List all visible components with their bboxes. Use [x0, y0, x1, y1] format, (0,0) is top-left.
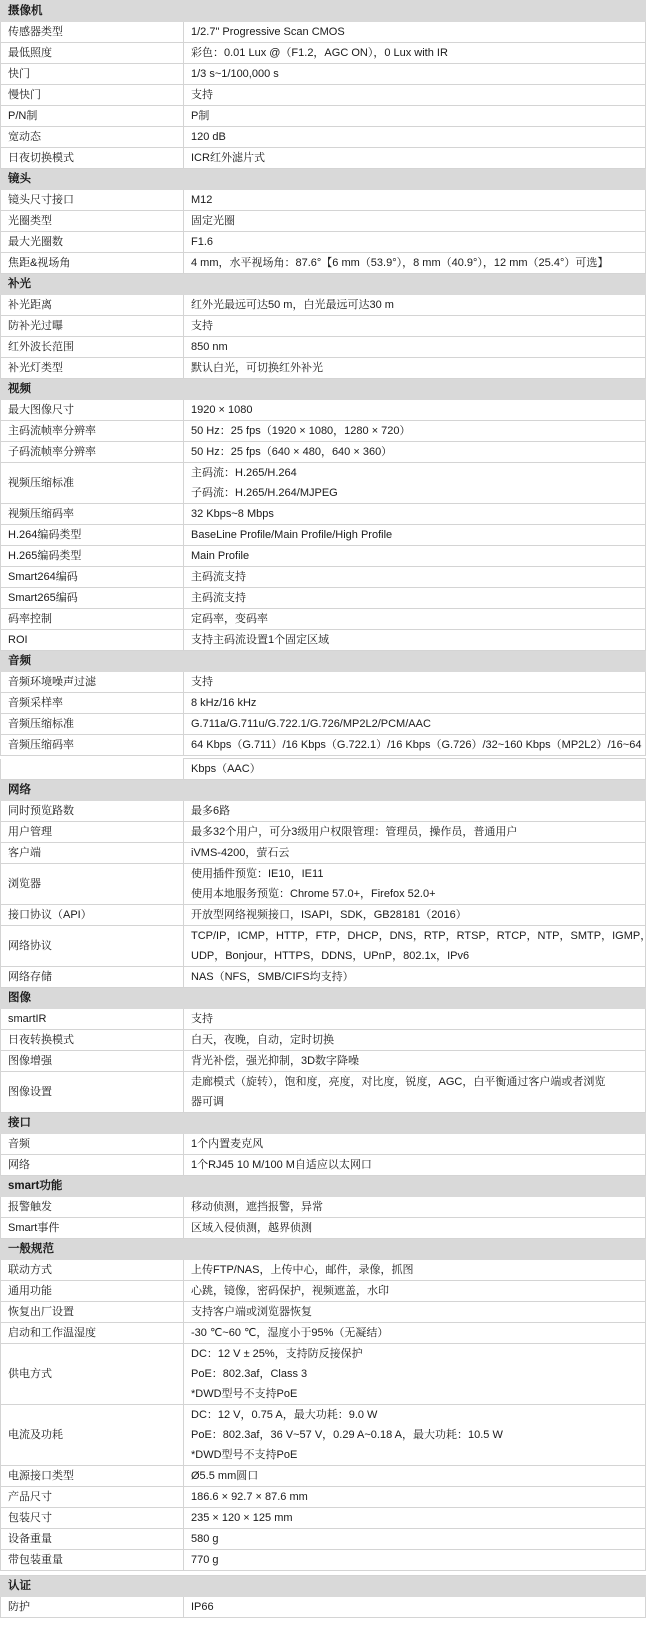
spec-value: 支持 — [184, 316, 646, 337]
section-header: 音频 — [1, 651, 646, 672]
spec-value: 32 Kbps~8 Mbps — [184, 504, 646, 525]
spec-value: TCP/IP，ICMP，HTTP，FTP，DHCP，DNS，RTP，RTSP，R… — [184, 926, 646, 967]
spec-label: 镜头尺寸接口 — [1, 190, 184, 211]
spec-label: 码率控制 — [1, 609, 184, 630]
spec-value-line: M12 — [191, 190, 645, 210]
spec-value: 移动侦测，遮挡报警，异常 — [184, 1197, 646, 1218]
spec-label: 光圈类型 — [1, 211, 184, 232]
spec-label: 最大光圈数 — [1, 232, 184, 253]
spec-value-line: 主码流：H.265/H.264 — [191, 463, 645, 483]
spec-value-line: 默认白光，可切换红外补光 — [191, 358, 645, 378]
section-title: 接口 — [1, 1113, 646, 1134]
spec-row: 恢复出厂设置支持客户端或浏览器恢复 — [1, 1302, 646, 1323]
spec-value-line: 心跳，镜像，密码保护，视频遮盖，水印 — [191, 1281, 645, 1301]
spec-value-line: PoE：802.3af，Class 3 — [191, 1364, 645, 1384]
spec-value-line: 50 Hz：25 fps（1920 × 1080，1280 × 720） — [191, 421, 645, 441]
spec-value-line: *DWD型号不支持PoE — [191, 1384, 645, 1404]
spec-row: 视频压缩码率32 Kbps~8 Mbps — [1, 504, 646, 525]
spec-value-line: 580 g — [191, 1529, 645, 1549]
spec-value-line: Ø5.5 mm圆口 — [191, 1466, 645, 1486]
spec-value-line: DC：12 V，0.75 A，最大功耗：9.0 W — [191, 1405, 645, 1425]
spec-row: 音频环境噪声过滤支持 — [1, 672, 646, 693]
section-title: smart功能 — [1, 1176, 646, 1197]
spec-value-line: PoE：802.3af，36 V~57 V，0.29 A~0.18 A，最大功耗… — [191, 1425, 645, 1445]
spec-row: 包装尺寸235 × 120 × 125 mm — [1, 1508, 646, 1529]
spec-label: 视频压缩码率 — [1, 504, 184, 525]
spec-table-body: 摄像机传感器类型1/2.7" Progressive Scan CMOS最低照度… — [1, 1, 646, 1618]
spec-value-line: 770 g — [191, 1550, 645, 1570]
spec-value-line: 最多6路 — [191, 801, 645, 821]
spec-value: 心跳，镜像，密码保护，视频遮盖，水印 — [184, 1281, 646, 1302]
spec-value: DC：12 V ± 25%，支持防反接保护PoE：802.3af，Class 3… — [184, 1344, 646, 1405]
spec-label: 网络存储 — [1, 967, 184, 988]
spec-value: M12 — [184, 190, 646, 211]
spec-value: F1.6 — [184, 232, 646, 253]
spec-row: 日夜转换模式白天，夜晚，自动，定时切换 — [1, 1030, 646, 1051]
section-title: 视频 — [1, 379, 646, 400]
spec-row: 客户端iVMS-4200，萤石云 — [1, 843, 646, 864]
spec-row: 浏览器使用插件预览：IE10，IE11使用本地服务预览：Chrome 57.0+… — [1, 864, 646, 905]
spec-row: 子码流帧率分辨率50 Hz：25 fps（640 × 480，640 × 360… — [1, 442, 646, 463]
spec-value-line: P制 — [191, 106, 645, 126]
spec-value-line: UDP，Bonjour，HTTPS，DDNS，UPnP，802.1x，IPv6 — [191, 946, 645, 966]
spec-value-line: 背光补偿，强光抑制，3D数字降噪 — [191, 1051, 645, 1071]
section-title: 镜头 — [1, 169, 646, 190]
section-header: 网络 — [1, 780, 646, 801]
spec-value: 1/2.7" Progressive Scan CMOS — [184, 22, 646, 43]
section-title: 音频 — [1, 651, 646, 672]
spec-value-line: iVMS-4200，萤石云 — [191, 843, 645, 863]
spec-table: 摄像机传感器类型1/2.7" Progressive Scan CMOS最低照度… — [0, 0, 646, 1618]
spec-row: 补光灯类型默认白光，可切换红外补光 — [1, 358, 646, 379]
spec-value-line: 器可调 — [191, 1092, 645, 1112]
spec-row: 视频压缩标准主码流：H.265/H.264子码流：H.265/H.264/MJP… — [1, 463, 646, 504]
spec-row: 光圈类型固定光圈 — [1, 211, 646, 232]
spec-value: 1/3 s~1/100,000 s — [184, 64, 646, 85]
spec-row: 产品尺寸186.6 × 92.7 × 87.6 mm — [1, 1487, 646, 1508]
spec-value-line: 8 kHz/16 kHz — [191, 693, 645, 713]
spec-value: 50 Hz：25 fps（640 × 480，640 × 360） — [184, 442, 646, 463]
section-header: 一般规范 — [1, 1239, 646, 1260]
spec-value: 64 Kbps（G.711）/16 Kbps（G.722.1）/16 Kbps（… — [184, 735, 646, 756]
spec-value: 上传FTP/NAS，上传中心，邮件，录像，抓图 — [184, 1260, 646, 1281]
section-title: 补光 — [1, 274, 646, 295]
section-title: 认证 — [1, 1576, 646, 1597]
spec-value: DC：12 V，0.75 A，最大功耗：9.0 WPoE：802.3af，36 … — [184, 1405, 646, 1466]
spec-value: -30 ℃~60 ℃，湿度小于95%（无凝结） — [184, 1323, 646, 1344]
spec-value: 白天，夜晚，自动，定时切换 — [184, 1030, 646, 1051]
spec-value-line: 固定光圈 — [191, 211, 645, 231]
spec-label: 客户端 — [1, 843, 184, 864]
spec-value-line: *DWD型号不支持PoE — [191, 1445, 645, 1465]
spec-label: 焦距&视场角 — [1, 253, 184, 274]
spec-value: 主码流支持 — [184, 567, 646, 588]
spec-value: 固定光圈 — [184, 211, 646, 232]
spec-value: iVMS-4200，萤石云 — [184, 843, 646, 864]
spec-row: 主码流帧率分辨率50 Hz：25 fps（1920 × 1080，1280 × … — [1, 421, 646, 442]
spec-label: P/N制 — [1, 106, 184, 127]
spec-row: 红外波长范围850 nm — [1, 337, 646, 358]
spec-row: 补光距离红外光最远可达50 m，白光最远可达30 m — [1, 295, 646, 316]
spec-label: 同时预览路数 — [1, 801, 184, 822]
spec-label: 传感器类型 — [1, 22, 184, 43]
spec-value-line: 支持主码流设置1个固定区域 — [191, 630, 645, 650]
spec-value-line: 32 Kbps~8 Mbps — [191, 504, 645, 524]
spec-value: 1个内置麦克风 — [184, 1134, 646, 1155]
spec-value-line: 子码流：H.265/H.264/MJPEG — [191, 483, 645, 503]
spec-value-line: 1920 × 1080 — [191, 400, 645, 420]
spec-value: 支持 — [184, 672, 646, 693]
spec-value-line: 定码率，变码率 — [191, 609, 645, 629]
spec-value-line: 支持 — [191, 1009, 645, 1029]
spec-label: 补光距离 — [1, 295, 184, 316]
spec-value-line: 120 dB — [191, 127, 645, 147]
spec-label: 音频压缩码率 — [1, 735, 184, 756]
spec-value: 850 nm — [184, 337, 646, 358]
spec-value: 8 kHz/16 kHz — [184, 693, 646, 714]
spec-value-line: BaseLine Profile/Main Profile/High Profi… — [191, 525, 645, 545]
spec-label: 供电方式 — [1, 1344, 184, 1405]
section-header: 图像 — [1, 988, 646, 1009]
spec-value: 最多6路 — [184, 801, 646, 822]
spec-row: H.264编码类型BaseLine Profile/Main Profile/H… — [1, 525, 646, 546]
section-header: 补光 — [1, 274, 646, 295]
spec-label: H.264编码类型 — [1, 525, 184, 546]
spec-row: 最大光圈数F1.6 — [1, 232, 646, 253]
spec-value: 主码流支持 — [184, 588, 646, 609]
spec-row: 同时预览路数最多6路 — [1, 801, 646, 822]
spec-row: 防护IP66 — [1, 1597, 646, 1618]
spec-label: H.265编码类型 — [1, 546, 184, 567]
spec-row: 网络1个RJ45 10 M/100 M自适应以太网口 — [1, 1155, 646, 1176]
spec-label: 日夜转换模式 — [1, 1030, 184, 1051]
spec-value: NAS（NFS，SMB/CIFS均支持） — [184, 967, 646, 988]
spec-label-empty — [1, 759, 184, 780]
spec-value-line: ICR红外滤片式 — [191, 148, 645, 168]
spec-row: Smart265编码主码流支持 — [1, 588, 646, 609]
spec-row: 电流及功耗DC：12 V，0.75 A，最大功耗：9.0 WPoE：802.3a… — [1, 1405, 646, 1466]
spec-value-line: TCP/IP，ICMP，HTTP，FTP，DHCP，DNS，RTP，RTSP，R… — [191, 926, 645, 946]
spec-label: 恢复出厂设置 — [1, 1302, 184, 1323]
spec-row: 音频压缩标准G.711a/G.711u/G.722.1/G.726/MP2L2/… — [1, 714, 646, 735]
spec-value: G.711a/G.711u/G.722.1/G.726/MP2L2/PCM/AA… — [184, 714, 646, 735]
spec-value-line: 支持客户端或浏览器恢复 — [191, 1302, 645, 1322]
spec-label: 联动方式 — [1, 1260, 184, 1281]
spec-value: 580 g — [184, 1529, 646, 1550]
spec-label: ROI — [1, 630, 184, 651]
spec-value-line: 850 nm — [191, 337, 645, 357]
spec-row: 带包装重量770 g — [1, 1550, 646, 1571]
spec-row: 图像设置走廊模式（旋转），饱和度，亮度，对比度，锐度，AGC，白平衡通过客户端或… — [1, 1072, 646, 1113]
spec-value-line: 彩色：0.01 Lux @（F1.2，AGC ON），0 Lux with IR — [191, 43, 645, 63]
spec-row: 报警触发移动侦测，遮挡报警，异常 — [1, 1197, 646, 1218]
spec-value-line: 使用插件预览：IE10，IE11 — [191, 864, 645, 884]
spec-value-line: 1/2.7" Progressive Scan CMOS — [191, 22, 645, 42]
section-header: 摄像机 — [1, 1, 646, 22]
spec-label: 主码流帧率分辨率 — [1, 421, 184, 442]
spec-label: smartIR — [1, 1009, 184, 1030]
spec-value-line: 支持 — [191, 672, 645, 692]
spec-value: 支持主码流设置1个固定区域 — [184, 630, 646, 651]
spec-value: IP66 — [184, 1597, 646, 1618]
spec-value: 120 dB — [184, 127, 646, 148]
spec-row: 焦距&视场角4 mm，水平视场角：87.6°【6 mm（53.9°），8 mm（… — [1, 253, 646, 274]
spec-table-container: 摄像机传感器类型1/2.7" Progressive Scan CMOS最低照度… — [0, 0, 645, 1618]
spec-label: 音频压缩标准 — [1, 714, 184, 735]
spec-label: 电流及功耗 — [1, 1405, 184, 1466]
spec-value-line: 支持 — [191, 85, 645, 105]
spec-row: 启动和工作温湿度-30 ℃~60 ℃，湿度小于95%（无凝结） — [1, 1323, 646, 1344]
spec-label: 音频环境噪声过滤 — [1, 672, 184, 693]
spec-value-line: 1个RJ45 10 M/100 M自适应以太网口 — [191, 1155, 645, 1175]
spec-label: 带包装重量 — [1, 1550, 184, 1571]
spec-value: 186.6 × 92.7 × 87.6 mm — [184, 1487, 646, 1508]
spec-value: 1个RJ45 10 M/100 M自适应以太网口 — [184, 1155, 646, 1176]
spec-row: 传感器类型1/2.7" Progressive Scan CMOS — [1, 22, 646, 43]
spec-value-line: 上传FTP/NAS，上传中心，邮件，录像，抓图 — [191, 1260, 645, 1280]
spec-value-continuation: Kbps（AAC） — [184, 759, 646, 780]
spec-label: 网络 — [1, 1155, 184, 1176]
spec-label: 通用功能 — [1, 1281, 184, 1302]
spec-value-line: 235 × 120 × 125 mm — [191, 1508, 645, 1528]
spec-label: 网络协议 — [1, 926, 184, 967]
spec-value-line: 主码流支持 — [191, 588, 645, 608]
spec-label: 最低照度 — [1, 43, 184, 64]
spec-value: BaseLine Profile/Main Profile/High Profi… — [184, 525, 646, 546]
spec-row: 镜头尺寸接口M12 — [1, 190, 646, 211]
spec-value-line: 最多32个用户，可分3级用户权限管理：管理员，操作员，普通用户 — [191, 822, 645, 842]
spec-value: 开放型网络视频接口，ISAPI，SDK，GB28181（2016） — [184, 905, 646, 926]
spec-row: 宽动态120 dB — [1, 127, 646, 148]
spec-label: Smart264编码 — [1, 567, 184, 588]
section-header: 视频 — [1, 379, 646, 400]
spec-row: 联动方式上传FTP/NAS，上传中心，邮件，录像，抓图 — [1, 1260, 646, 1281]
spec-value: ICR红外滤片式 — [184, 148, 646, 169]
spec-row: ROI支持主码流设置1个固定区域 — [1, 630, 646, 651]
spec-row: 网络存储NAS（NFS，SMB/CIFS均支持） — [1, 967, 646, 988]
spec-label: 图像增强 — [1, 1051, 184, 1072]
spec-row: 用户管理最多32个用户，可分3级用户权限管理：管理员，操作员，普通用户 — [1, 822, 646, 843]
spec-value: P制 — [184, 106, 646, 127]
spec-value: 4 mm，水平视场角：87.6°【6 mm（53.9°），8 mm（40.9°）… — [184, 253, 646, 274]
spec-label: 包装尺寸 — [1, 1508, 184, 1529]
spec-row: 音频1个内置麦克风 — [1, 1134, 646, 1155]
spec-value: 最多32个用户，可分3级用户权限管理：管理员，操作员，普通用户 — [184, 822, 646, 843]
spec-value: 1920 × 1080 — [184, 400, 646, 421]
spec-value-line: 开放型网络视频接口，ISAPI，SDK，GB28181（2016） — [191, 905, 645, 925]
spec-label: 浏览器 — [1, 864, 184, 905]
spec-value-line: 50 Hz：25 fps（640 × 480，640 × 360） — [191, 442, 645, 462]
spec-value-line: IP66 — [191, 1597, 645, 1617]
spec-label: 音频 — [1, 1134, 184, 1155]
spec-label: 电源接口类型 — [1, 1466, 184, 1487]
spec-row: 网络协议TCP/IP，ICMP，HTTP，FTP，DHCP，DNS，RTP，RT… — [1, 926, 646, 967]
spec-label: 红外波长范围 — [1, 337, 184, 358]
section-header: 认证 — [1, 1576, 646, 1597]
spec-value-line: F1.6 — [191, 232, 645, 252]
spec-row: 电源接口类型Ø5.5 mm圆口 — [1, 1466, 646, 1487]
spec-label: 用户管理 — [1, 822, 184, 843]
spec-value: 彩色：0.01 Lux @（F1.2，AGC ON），0 Lux with IR — [184, 43, 646, 64]
spec-row: 设备重量580 g — [1, 1529, 646, 1550]
spec-row: 防补光过曝支持 — [1, 316, 646, 337]
spec-label: 宽动态 — [1, 127, 184, 148]
spec-row: H.265编码类型Main Profile — [1, 546, 646, 567]
spec-label: 补光灯类型 — [1, 358, 184, 379]
spec-value-line: NAS（NFS，SMB/CIFS均支持） — [191, 967, 645, 987]
spec-row: 图像增强背光补偿，强光抑制，3D数字降噪 — [1, 1051, 646, 1072]
spec-row: 慢快门支持 — [1, 85, 646, 106]
spec-row: 音频采样率8 kHz/16 kHz — [1, 693, 646, 714]
spec-label: 图像设置 — [1, 1072, 184, 1113]
spec-value: 红外光最远可达50 m，白光最远可达30 m — [184, 295, 646, 316]
spec-row: 快门1/3 s~1/100,000 s — [1, 64, 646, 85]
spec-value: 使用插件预览：IE10，IE11使用本地服务预览：Chrome 57.0+，Fi… — [184, 864, 646, 905]
spec-value-line: -30 ℃~60 ℃，湿度小于95%（无凝结） — [191, 1323, 645, 1343]
spec-value-line: Main Profile — [191, 546, 645, 566]
section-title: 图像 — [1, 988, 646, 1009]
spec-value: 50 Hz：25 fps（1920 × 1080，1280 × 720） — [184, 421, 646, 442]
spec-value: Ø5.5 mm圆口 — [184, 1466, 646, 1487]
spec-value-line: 红外光最远可达50 m，白光最远可达30 m — [191, 295, 645, 315]
spec-value-line: DC：12 V ± 25%，支持防反接保护 — [191, 1344, 645, 1364]
section-header: 接口 — [1, 1113, 646, 1134]
spec-value: 背光补偿，强光抑制，3D数字降噪 — [184, 1051, 646, 1072]
spec-row: smartIR支持 — [1, 1009, 646, 1030]
spec-value-line: 186.6 × 92.7 × 87.6 mm — [191, 1487, 645, 1507]
spec-row: 日夜切换模式ICR红外滤片式 — [1, 148, 646, 169]
spec-value-line: 1个内置麦克风 — [191, 1134, 645, 1154]
spec-value: Main Profile — [184, 546, 646, 567]
section-header: 镜头 — [1, 169, 646, 190]
spec-value: 235 × 120 × 125 mm — [184, 1508, 646, 1529]
spec-value: 走廊模式（旋转），饱和度，亮度，对比度，锐度，AGC，白平衡通过客户端或者浏览器… — [184, 1072, 646, 1113]
spec-value-line: 移动侦测，遮挡报警，异常 — [191, 1197, 645, 1217]
spec-label: 日夜切换模式 — [1, 148, 184, 169]
spec-label: 最大图像尺寸 — [1, 400, 184, 421]
spec-label: 接口协议（API） — [1, 905, 184, 926]
spec-label: 产品尺寸 — [1, 1487, 184, 1508]
section-title: 网络 — [1, 780, 646, 801]
spec-value: 支持 — [184, 1009, 646, 1030]
spec-value-line: 64 Kbps（G.711）/16 Kbps（G.722.1）/16 Kbps（… — [191, 735, 645, 755]
spec-value: 默认白光，可切换红外补光 — [184, 358, 646, 379]
spec-value-line: 1/3 s~1/100,000 s — [191, 64, 645, 84]
spec-row: 最低照度彩色：0.01 Lux @（F1.2，AGC ON），0 Lux wit… — [1, 43, 646, 64]
spec-label: Smart265编码 — [1, 588, 184, 609]
spec-value-line: G.711a/G.711u/G.722.1/G.726/MP2L2/PCM/AA… — [191, 714, 645, 734]
section-title: 摄像机 — [1, 1, 646, 22]
spec-row: 接口协议（API）开放型网络视频接口，ISAPI，SDK，GB28181（201… — [1, 905, 646, 926]
spec-value: 770 g — [184, 1550, 646, 1571]
spec-row: 码率控制定码率，变码率 — [1, 609, 646, 630]
spec-label: 快门 — [1, 64, 184, 85]
spec-row: Smart264编码主码流支持 — [1, 567, 646, 588]
spec-value-line: 白天，夜晚，自动，定时切换 — [191, 1030, 645, 1050]
spec-row: 最大图像尺寸1920 × 1080 — [1, 400, 646, 421]
spec-label: 启动和工作温湿度 — [1, 1323, 184, 1344]
spec-row: Smart事件区域入侵侦测，越界侦测 — [1, 1218, 646, 1239]
spec-label: 防补光过曝 — [1, 316, 184, 337]
section-title: 一般规范 — [1, 1239, 646, 1260]
spec-value-line: 区域入侵侦测，越界侦测 — [191, 1218, 645, 1238]
spec-label: 音频采样率 — [1, 693, 184, 714]
spec-row: P/N制P制 — [1, 106, 646, 127]
spec-value: 区域入侵侦测，越界侦测 — [184, 1218, 646, 1239]
spec-value-line: 主码流支持 — [191, 567, 645, 587]
spec-label: 视频压缩标准 — [1, 463, 184, 504]
spec-label: 慢快门 — [1, 85, 184, 106]
spec-row-continuation: Kbps（AAC） — [1, 759, 646, 780]
spec-value-line: 4 mm，水平视场角：87.6°【6 mm（53.9°），8 mm（40.9°）… — [191, 253, 645, 273]
spec-value: 支持 — [184, 85, 646, 106]
spec-row: 供电方式DC：12 V ± 25%，支持防反接保护PoE：802.3af，Cla… — [1, 1344, 646, 1405]
spec-row: 通用功能心跳，镜像，密码保护，视频遮盖，水印 — [1, 1281, 646, 1302]
section-header: smart功能 — [1, 1176, 646, 1197]
spec-value: 定码率，变码率 — [184, 609, 646, 630]
spec-row: 音频压缩码率64 Kbps（G.711）/16 Kbps（G.722.1）/16… — [1, 735, 646, 756]
spec-value: 主码流：H.265/H.264子码流：H.265/H.264/MJPEG — [184, 463, 646, 504]
spec-label: 子码流帧率分辨率 — [1, 442, 184, 463]
spec-value-line: 走廊模式（旋转），饱和度，亮度，对比度，锐度，AGC，白平衡通过客户端或者浏览 — [191, 1072, 645, 1092]
spec-value: 支持客户端或浏览器恢复 — [184, 1302, 646, 1323]
spec-label: Smart事件 — [1, 1218, 184, 1239]
spec-value-line: 支持 — [191, 316, 645, 336]
spec-label: 报警触发 — [1, 1197, 184, 1218]
spec-value-line: 使用本地服务预览：Chrome 57.0+，Firefox 52.0+ — [191, 884, 645, 904]
spec-label: 设备重量 — [1, 1529, 184, 1550]
spec-label: 防护 — [1, 1597, 184, 1618]
